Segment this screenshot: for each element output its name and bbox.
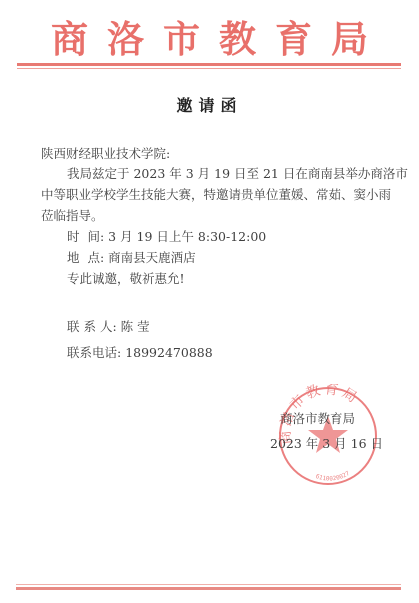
body-line-2: 中等职业学校学生技能大赛，特邀请贵单位董媛、常茹、窦小雨 [41, 187, 391, 203]
contact-phone-row: 联系电话: 18992470888 [67, 345, 213, 361]
signature-org: 商洛市教育局 [280, 411, 355, 427]
masthead-rule-thin [17, 68, 401, 69]
signature-date: 2023 年 3 月 16 日 [270, 436, 383, 452]
time-label: 时 间: [67, 229, 104, 244]
time-value: 3 月 19 日上午 8:30-12:00 [108, 229, 266, 244]
document-title: 邀请函 [0, 93, 419, 116]
contact-person-row: 联 系 人: 陈 莹 [67, 319, 150, 335]
footer-rule-thick [16, 587, 401, 590]
place-row: 地 点: 商南县天鹿酒店 [67, 250, 196, 266]
contact-phone-label: 联系电话: [67, 345, 121, 360]
time-row: 时 间: 3 月 19 日上午 8:30-12:00 [67, 229, 266, 245]
masthead-rule-thick [17, 63, 401, 66]
recipient: 陕西财经职业技术学院: [41, 146, 170, 162]
body-line-3: 莅临指导。 [41, 208, 104, 224]
closing: 专此诚邀，敬祈惠允! [67, 271, 185, 287]
body-line-1: 我局兹定于 2023 年 3 月 19 日至 21 日在商南县举办商洛市 [67, 166, 408, 182]
contact-person-value: 陈 莹 [121, 319, 150, 334]
contact-person-label: 联 系 人: [67, 319, 117, 334]
contact-phone-value: 18992470888 [125, 345, 212, 360]
masthead-title: 商洛市教育局 [0, 17, 419, 61]
footer-rule-thin [16, 584, 401, 585]
place-label: 地 点: [67, 250, 104, 265]
place-value: 商南县天鹿酒店 [108, 250, 196, 265]
